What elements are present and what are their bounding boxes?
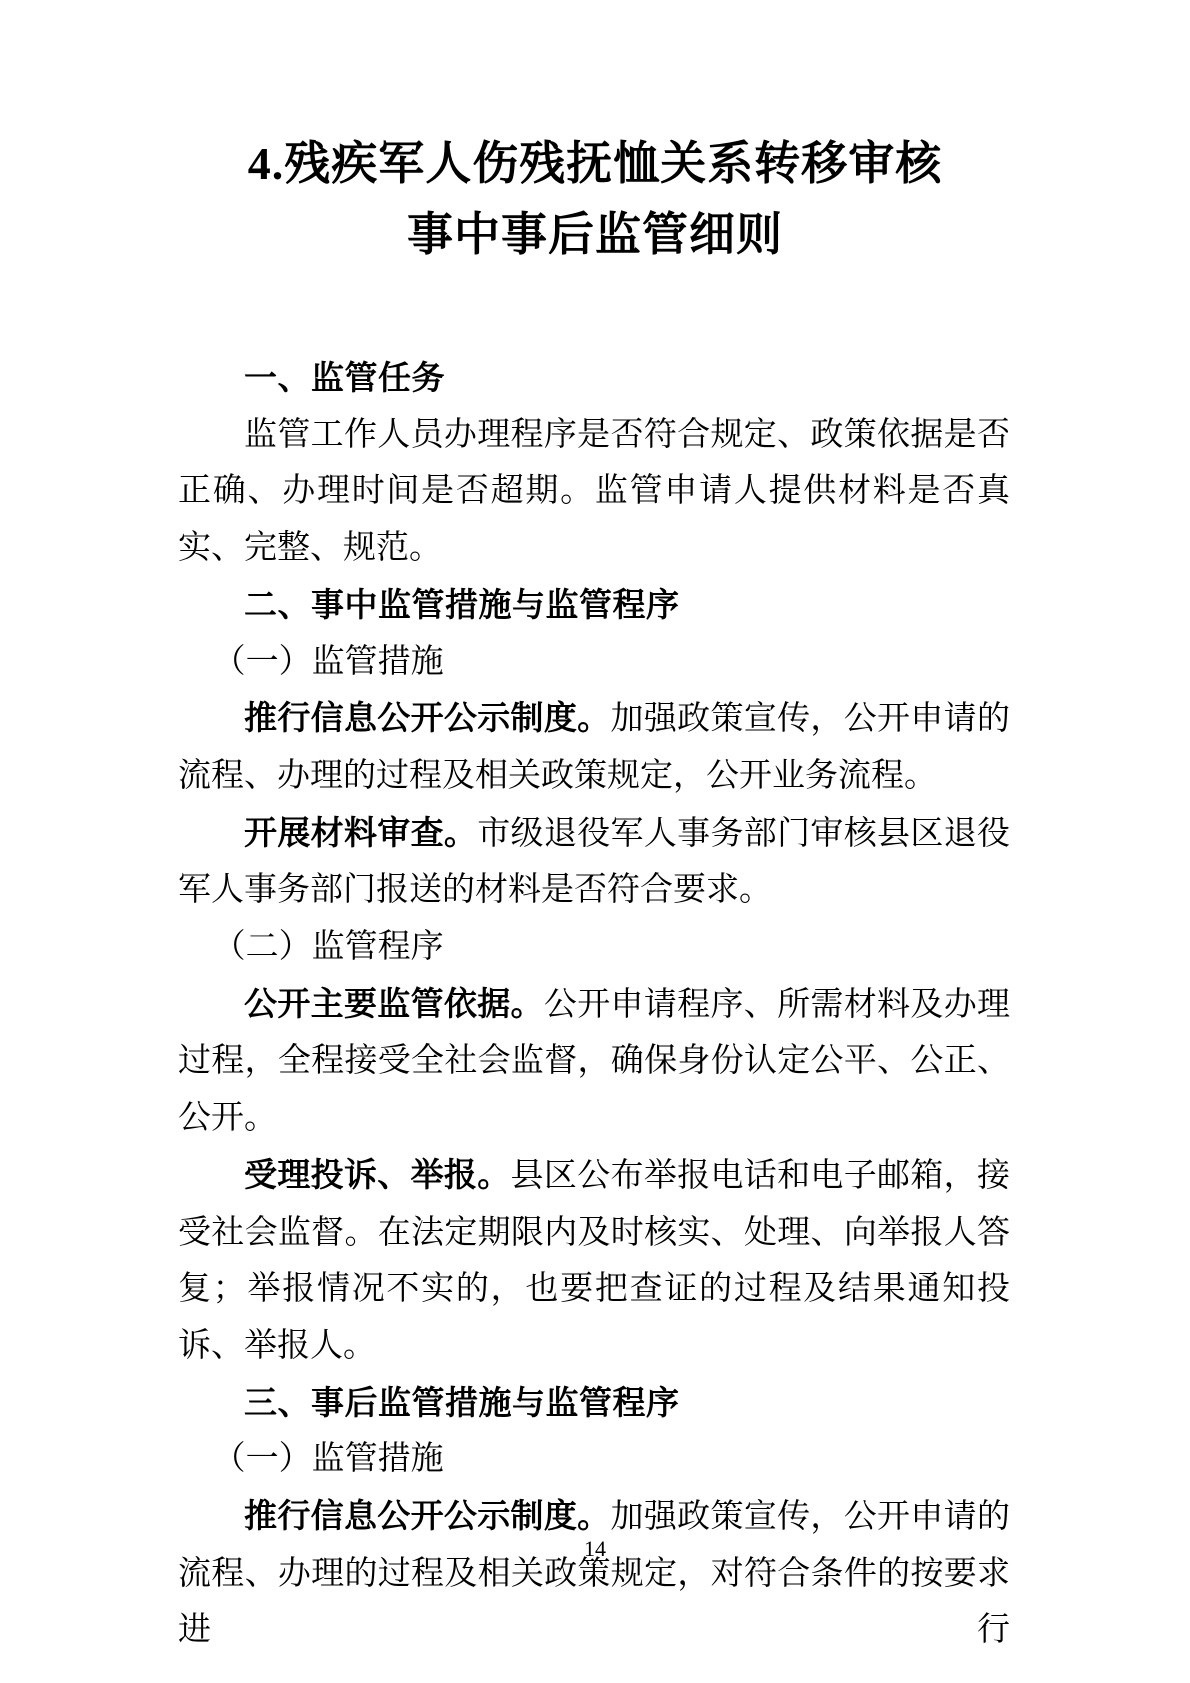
section-3-paragraph-1: 推行信息公开公示制度。加强政策宣传，公开申请的流程、办理的过程及相关政策规定，对… <box>178 1488 1010 1659</box>
section-3-subheading-1: （一）监管措施 <box>178 1431 1010 1488</box>
document-title-line-2: 事中事后监管细则 <box>100 199 1090 270</box>
section-1-heading: 一、监管任务 <box>178 350 1010 407</box>
section-3-heading: 三、事后监管措施与监管程序 <box>178 1375 1010 1432</box>
section-2-heading: 二、事中监管措施与监管程序 <box>178 577 1010 634</box>
paragraph-lead: 开展材料审查。 <box>244 814 477 851</box>
paragraph-lead: 公开主要监管依据。 <box>244 985 544 1022</box>
paragraph-lead: 受理投诉、举报。 <box>244 1156 511 1193</box>
document-body: 一、监管任务 监管工作人员办理程序是否符合规定、政策依据是否正确、办理时间是否超… <box>178 350 1010 1659</box>
section-2-paragraph-3: 公开主要监管依据。公开申请程序、所需材料及办理过程，全程接受全社会监督，确保身份… <box>178 976 1010 1147</box>
document-title-line-1: 4.残疾军人伤残抚恤关系转移审核 <box>100 128 1090 199</box>
paragraph-lead: 推行信息公开公示制度。 <box>244 1497 611 1534</box>
document-page: 4.残疾军人伤残抚恤关系转移审核 事中事后监管细则 一、监管任务 监管工作人员办… <box>0 0 1190 1683</box>
document-title: 4.残疾军人伤残抚恤关系转移审核 事中事后监管细则 <box>100 128 1090 270</box>
section-2-subheading-2: （二）监管程序 <box>178 919 1010 976</box>
section-2-paragraph-2: 开展材料审查。市级退役军人事务部门审核县区退役军人事务部门报送的材料是否符合要求… <box>178 805 1010 919</box>
section-2-paragraph-4: 受理投诉、举报。县区公布举报电话和电子邮箱，接受社会监督。在法定期限内及时核实、… <box>178 1147 1010 1375</box>
paragraph-lead: 推行信息公开公示制度。 <box>244 699 611 736</box>
page-number: 14 <box>0 1534 1190 1564</box>
section-1-paragraph: 监管工作人员办理程序是否符合规定、政策依据是否正确、办理时间是否超期。监管申请人… <box>178 407 1010 577</box>
section-2-subheading-1: （一）监管措施 <box>178 634 1010 691</box>
section-2-paragraph-1: 推行信息公开公示制度。加强政策宣传，公开申请的流程、办理的过程及相关政策规定，公… <box>178 690 1010 804</box>
